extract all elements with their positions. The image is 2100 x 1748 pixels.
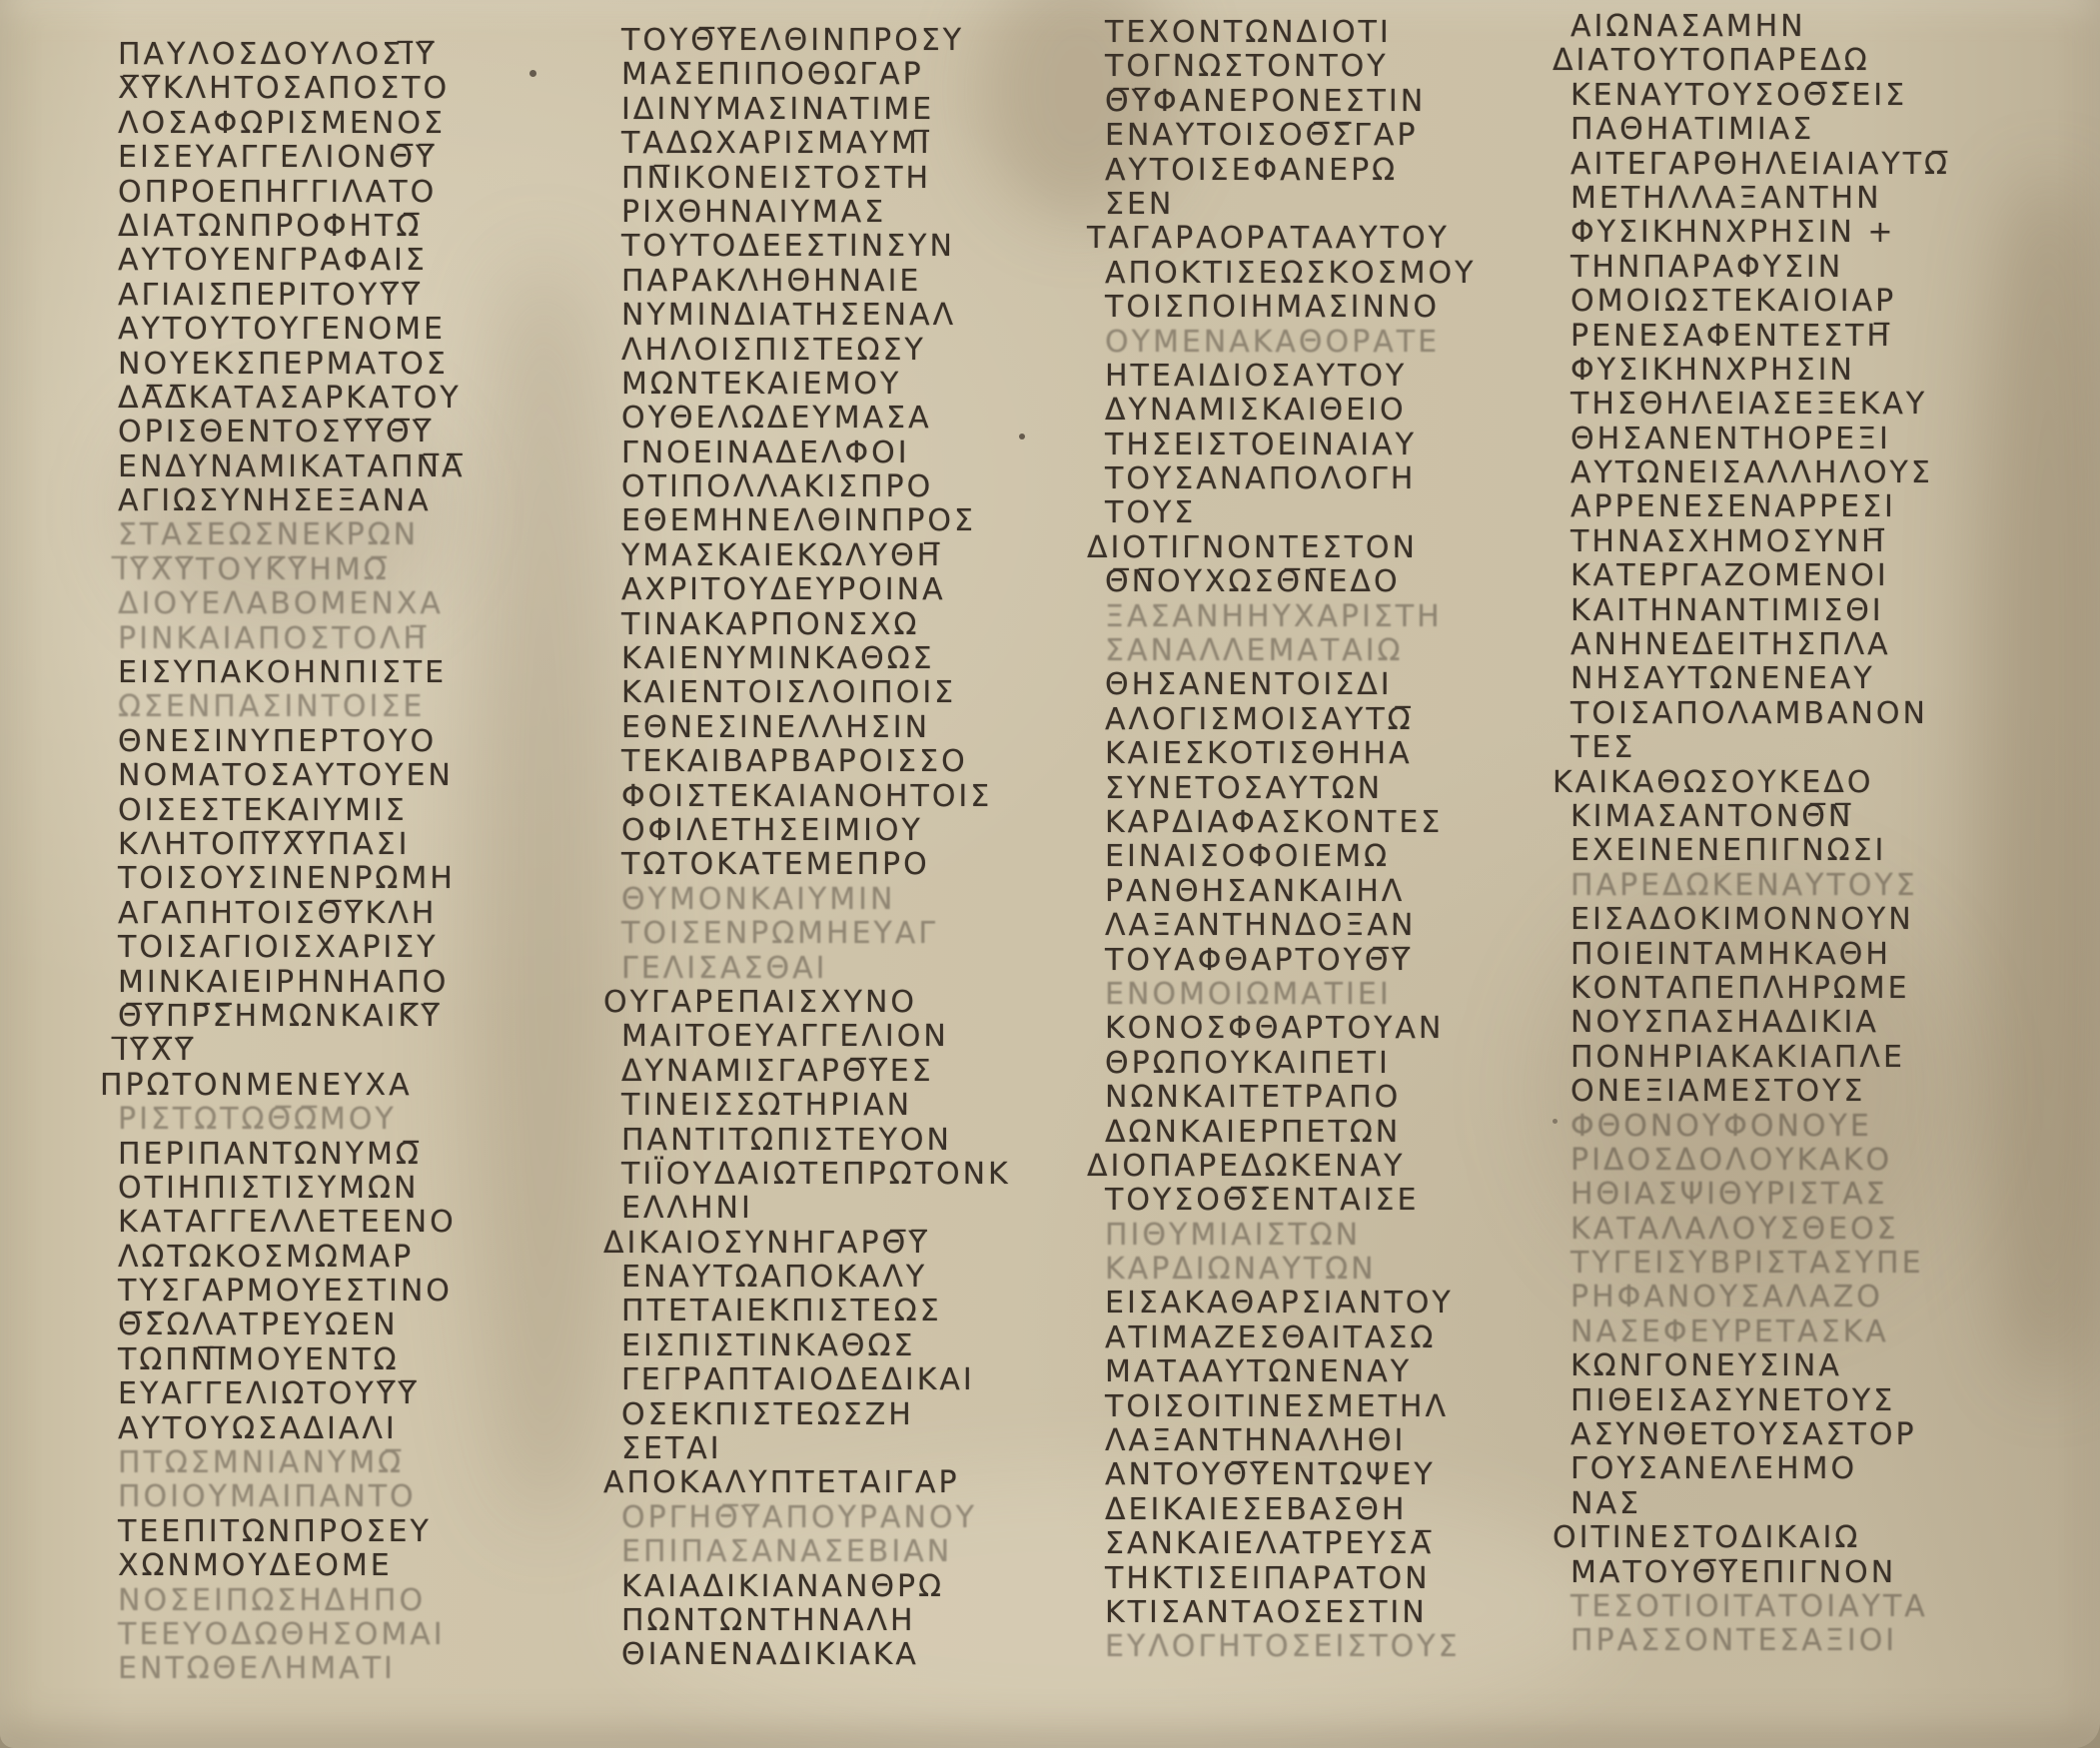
manuscript-line: ΠΑΘΗΑΤΙΜΙΑΣ: [1571, 113, 2040, 147]
text-column-1: ΠΑΥΛΟΣΔΟΥΛΟΣΙ̅Υ̅Χ̅Υ̅ΚΛΗΤΟΣΑΠΟΣΤΟΛΟΣΑΦΩΡΙ…: [118, 38, 587, 1687]
manuscript-line: ΕΙΣΑΚΑΘΑΡΣΙΑΝΤΟΥ: [1105, 1287, 1575, 1320]
manuscript-line: ΝΟΥΕΚΣΠΕΡΜΑΤΟΣ: [118, 348, 587, 382]
manuscript-line: ΟΥΘΕΛΩΔΕΥΜΑΣΑ: [621, 402, 1091, 436]
manuscript-line: ΜΑΤΑΑΥΤΩΝΕΝΑΥ: [1105, 1355, 1575, 1389]
manuscript-line: ΕΝΤΩΘΕΛΗΜΑΤΙ: [118, 1652, 587, 1686]
manuscript-line: ΛΟΣΑΦΩΡΙΣΜΕΝΟΣ: [118, 107, 587, 141]
manuscript-line: ΠΙΘΥΜΙΑΙΣΤΩΝ: [1105, 1219, 1575, 1253]
manuscript-line: ΟΜΟΙΩΣΤΕΚΑΙΟΙΑΡ: [1571, 285, 2040, 319]
manuscript-line: ΧΩΝΜΟΥΔΕΟΜΕ: [118, 1549, 587, 1583]
manuscript-line: ΠΙΘΕΙΣΑΣΥΝΕΤΟΥΣ: [1571, 1384, 2040, 1418]
manuscript-line: ΕΠΙΠΑΣΑΝΑΣΕΒΙΑΝ: [621, 1535, 1091, 1569]
manuscript-line: ΤΩΠΝ̅Ι̅ΜΟΥΕΝΤΩ: [118, 1343, 587, 1377]
manuscript-line: ΠΝ̅ΙΚΟΝΕΙΣΤΟΣΤΗ: [621, 162, 1091, 196]
manuscript-line: ΤΕΕΠΙΤΩΝΠΡΟΣΕΥ: [118, 1515, 587, 1549]
manuscript-line: ΡΙΝΚΑΙΑΠΟΣΤΟΛΗ̅: [118, 622, 587, 656]
manuscript-line: ΜΑΣΕΠΙΠΟΘΩΓΑΡ: [621, 58, 1091, 92]
manuscript-line: ΚΩΝΓΟΝΕΥΣΙΝΑ: [1571, 1349, 2040, 1383]
manuscript-line: ΑΠΟΚΤΙΣΕΩΣΚΟΣΜΟΥ: [1105, 257, 1575, 291]
manuscript-line: ΕΙΣΑΔΟΚΙΜΟΝΝΟΥΝ: [1571, 903, 2040, 937]
manuscript-line: ΤΟΙΣΑΓΙΟΙΣΧΑΡΙΣΥ: [118, 931, 587, 965]
manuscript-line: ΑΥΤΩΝΕΙΣΑΛΛΗΛΟΥΣ: [1571, 456, 2040, 490]
manuscript-line: ΟΠΡΟΕΠΗΓΓΙΛΑΤΟ: [118, 176, 587, 210]
manuscript-line: ΣΥΝΕΤΟΣΑΥΤΩΝ: [1105, 772, 1575, 806]
manuscript-line: ΑΣΥΝΘΕΤΟΥΣΑΣΤΟΡ: [1571, 1418, 2040, 1452]
manuscript-line: ΑΙΩΝΑΣΑΜΗΝ: [1571, 10, 2040, 44]
manuscript-line: ΑΛΟΓΙΣΜΟΙΣΑΥΤΩ̅: [1105, 703, 1575, 737]
manuscript-line: ΤΟΓΝΩΣΤΟΝΤΟΥ: [1105, 50, 1575, 84]
manuscript-line: ΝΟΜΑΤΟΣΑΥΤΟΥΕΝ: [118, 759, 587, 793]
manuscript-line: ΤΙΪΟΥΔΑΙΩΤΕΠΡΩΤΟΝΚ: [621, 1158, 1091, 1192]
manuscript-line: ΕΛΛΗΝΙ: [621, 1192, 1091, 1226]
manuscript-line: ΠΑΡΑΚΛΗΘΗΝΑΙΕ: [621, 265, 1091, 299]
manuscript-line: ΑΝΗΝΕΔΕΙΤΗΣΠΛΑ: [1571, 628, 2040, 662]
manuscript-line: ΜΑΙΤΟΕΥΑΓΓΕΛΙΟΝ: [621, 1020, 1091, 1054]
manuscript-line: ΤΟΙΣΟΙΤΙΝΕΣΜΕΤΗΛ: [1105, 1390, 1575, 1424]
manuscript-line: ΔΙΑΤΩΝΠΡΟΦΗΤΩ̅: [118, 210, 587, 244]
manuscript-line: ΣΑΝΑΛΛΕΜΑΤΑΙΩ: [1105, 634, 1575, 668]
manuscript-line: ΕΙΣΠΙΣΤΙΝΚΑΘΩΣ: [621, 1329, 1091, 1363]
manuscript-line: ΔΥΝΑΜΙΣΓΑΡΘ̅Υ̅ΕΣ: [621, 1055, 1091, 1089]
manuscript-line: ΚΑΡΔΙΑΦΑΣΚΟΝΤΕΣ: [1105, 806, 1575, 840]
manuscript-line: ΝΥΜΙΝΔΙΑΤΗΣΕΝΑΛ: [621, 299, 1091, 333]
manuscript-line: ΕΥΛΟΓΗΤΟΣΕΙΣΤΟΥΣ: [1105, 1630, 1575, 1664]
manuscript-line: ΣΕΤΑΙ: [621, 1432, 1091, 1466]
manuscript-line: ΙΔΙΝΥΜΑΣΙΝΑΤΙΜΕ: [621, 93, 1091, 127]
manuscript-line: ΟΤΙΗΠΙΣΤΙΣΥΜΩΝ: [118, 1172, 587, 1206]
manuscript-line: ΛΑΞΑΝΤΗΝΑΛΗΘΙ: [1105, 1424, 1575, 1458]
manuscript-line: ΑΥΤΟΥΤΟΥΓΕΝΟΜΕ: [118, 313, 587, 347]
manuscript-line: ΗΤΕΑΙΔΙΟΣΑΥΤΟΥ: [1105, 360, 1575, 394]
manuscript-line: ΔΑ̅Δ̅ΚΑΤΑΣΑΡΚΑΤΟΥ: [118, 382, 587, 416]
manuscript-line: ΡΙΧΘΗΝΑΙΥΜΑΣ: [621, 196, 1091, 230]
manuscript-line: ΔΙΑΤΟΥΤΟΠΑΡΕΔΩ: [1553, 44, 2040, 78]
manuscript-line: ΠΟΝΗΡΙΑΚΑΚΙΑΠΛΕ: [1571, 1041, 2040, 1075]
manuscript-line: ΕΘΕΜΗΝΕΛΘΙΝΠΡΟΣ: [621, 504, 1091, 538]
manuscript-line: ΕΙΣΕΥΑΓΓΕΛΙΟΝΘ̅Υ̅: [118, 141, 587, 175]
manuscript-line: Χ̅Υ̅ΚΛΗΤΟΣΑΠΟΣΤΟ: [118, 72, 587, 106]
manuscript-line: ΝΩΝΚΑΙΤΕΤΡΑΠΟ: [1105, 1081, 1575, 1115]
manuscript-line: ΞΑΣΑΝΗΗΥΧΑΡΙΣΤΗ: [1105, 600, 1575, 634]
manuscript-line: ΤΟΥΤΟΔΕΕΣΤΙΝΣΥΝ: [621, 230, 1091, 264]
manuscript-line: ΤΟΙΣΠΟΙΗΜΑΣΙΝΝΟ: [1105, 291, 1575, 325]
manuscript-line: Θ̅Υ̅ΠΡ̅Σ̅ΗΜΩΝΚΑΙΚ̅Υ̅: [118, 1000, 587, 1034]
manuscript-line: ΠΤΕΤΑΙΕΚΠΙΣΤΕΩΣ: [621, 1295, 1091, 1328]
manuscript-line: ΛΩΤΩΚΟΣΜΩΜΑΡ: [118, 1241, 587, 1275]
manuscript-line: ΚΤΙΣΑΝΤΑΟΣΕΣΤΙΝ: [1105, 1596, 1575, 1630]
manuscript-line: ΜΕΤΗΛΛΑΞΑΝΤΗΝ: [1571, 182, 2040, 216]
manuscript-line: ΤΕΣΟΤΙΟΙΤΑΤΟΙΑΥΤΑ: [1571, 1590, 2040, 1624]
manuscript-line: ΕΝΑΥΤΟΙΣΟΘ̅Σ̅ΓΑΡ: [1105, 119, 1575, 153]
manuscript-line: ΦΟΙΣΤΕΚΑΙΑΝΟΗΤΟΙΣ: [621, 780, 1091, 814]
manuscript-line: ΠΡΑΣΣΟΝΤΕΣΑΞΙΟΙ: [1571, 1624, 2040, 1658]
manuscript-line: ΜΑΤΟΥΘ̅Υ̅ΕΠΙΓΝΟΝ: [1571, 1556, 2040, 1590]
manuscript-line: ΠΕΡΙΠΑΝΤΩΝΥΜΩ̅: [118, 1138, 587, 1172]
manuscript-line: ΤΟΥΣΟΘ̅Σ̅ΕΝΤΑΙΣΕ: [1105, 1184, 1575, 1218]
manuscript-page: ΠΑΥΛΟΣΔΟΥΛΟΣΙ̅Υ̅Χ̅Υ̅ΚΛΗΤΟΣΑΠΟΣΤΟΛΟΣΑΦΩΡΙ…: [0, 0, 2100, 1748]
manuscript-line: ΝΟΣΕΙΠΩΣΗΔΗΠΟ: [118, 1584, 587, 1618]
manuscript-line: ΤΗΣΕΙΣΤΟΕΙΝΑΙΑΥ: [1105, 429, 1575, 462]
manuscript-line: ΑΧΡΙΤΟΥΔΕΥΡΟΙΝΑ: [621, 573, 1091, 607]
manuscript-line: ΛΗΛΟΙΣΠΙΣΤΕΩΣΥ: [621, 334, 1091, 368]
manuscript-line: ΣΕΝ: [1105, 188, 1575, 222]
manuscript-line: ΤΕΣ: [1571, 731, 2040, 765]
manuscript-line: ΔΙΟΥΕΛΑΒΟΜΕΝΧΑ: [118, 587, 587, 621]
manuscript-line: ΤΑΓΑΡΑΟΡΑΤΑΑΥΤΟΥ: [1087, 222, 1575, 256]
manuscript-line: ΑΠΟΚΑΛΥΠΤΕΤΑΙΓΑΡ: [603, 1466, 1091, 1500]
manuscript-line: ΤΑΔΩΧΑΡΙΣΜΑΥΜΙ̅: [621, 127, 1091, 161]
manuscript-line: ΤΗΝΑΣΧΗΜΟΣΥΝΗ̅: [1571, 525, 2040, 559]
manuscript-line: ΑΡΡΕΝΕΣΕΝΑΡΡΕΣΙ: [1571, 490, 2040, 524]
manuscript-line: ΟΙΤΙΝΕΣΤΟΔΙΚΑΙΩ: [1553, 1521, 2040, 1555]
manuscript-line: ΡΗΦΑΝΟΥΣΑΛΑΖΟ: [1571, 1281, 2040, 1314]
manuscript-line: ΑΙΤΕΓΑΡΘΗΛΕΙΑΙΑΥΤΩ̅: [1571, 148, 2040, 182]
manuscript-line: ΤΗΣΘΗΛΕΙΑΣΕΞΕΚΑΥ: [1571, 388, 2040, 422]
manuscript-line: Θ̅Ν̅ΟΥΧΩΣΘ̅Ν̅ΕΔΟ: [1105, 565, 1575, 599]
manuscript-line: ΚΑΙΤΗΝΑΝΤΙΜΙΣΘΙ: [1571, 594, 2040, 628]
manuscript-line: Ι̅Υ̅Χ̅Υ̅ΤΟΥΚ̅Υ̅ΗΜΩ̅: [118, 553, 587, 587]
manuscript-line: ΑΓΙΑΙΣΠΕΡΙΤΟΥΥ̅Υ̅: [118, 279, 587, 313]
manuscript-line: ΡΕΝΕΣΑΦΕΝΤΕΣΤΗ̅: [1571, 320, 2040, 354]
manuscript-line: ΘΙΑΝΕΝΑΔΙΚΙΑΚΑ: [621, 1638, 1091, 1672]
manuscript-line: ΔΙΟΤΙΓΝΟΝΤΕΣΤΟΝ: [1087, 531, 1575, 565]
manuscript-line: ΕΝΟΜΟΙΩΜΑΤΙΕΙ: [1105, 978, 1575, 1012]
manuscript-line: ΤΕΧΟΝΤΩΝΔΙΟΤΙ: [1105, 16, 1575, 50]
manuscript-line: ΔΩΝΚΑΙΕΡΠΕΤΩΝ: [1105, 1116, 1575, 1150]
manuscript-line: ΠΑΝΤΙΤΩΠΙΣΤΕΥΟΝ: [621, 1124, 1091, 1158]
manuscript-line: ΟΡΓΗΘ̅Υ̅ΑΠΟΥΡΑΝΟΥ: [621, 1501, 1091, 1535]
manuscript-line: ΕΝΔΥΝΑΜΙΚΑΤΑΠΝ̅Α̅: [118, 450, 587, 484]
manuscript-line: ΟΙΣΕΣΤΕΚΑΙΥΜΙΣ: [118, 794, 587, 828]
manuscript-line: ΤΟΙΣΟΥΣΙΝΕΝΡΩΜΗ: [118, 862, 587, 896]
manuscript-line: ΣΤΑΣΕΩΣΝΕΚΡΩΝ: [118, 518, 587, 552]
manuscript-line: ΘΝΕΣΙΝΥΠΕΡΤΟΥΟ: [118, 725, 587, 759]
manuscript-line: ΘΥΜΟΝΚΑΙΥΜΙΝ: [621, 883, 1091, 917]
manuscript-line: ΚΙΜΑΣΑΝΤΟΝΘ̅Ν̅: [1571, 800, 2040, 834]
manuscript-line: ΓΕΛΙΣΑΣΘΑΙ: [621, 952, 1091, 986]
manuscript-line: ΚΟΝΤΑΠΕΠΛΗΡΩΜΕ: [1571, 972, 2040, 1006]
manuscript-line: ΓΟΥΣΑΝΕΛΕΗΜΟ: [1571, 1452, 2040, 1486]
manuscript-line: ΓΝΟΕΙΝΑΔΕΛΦΟΙ: [621, 437, 1091, 470]
manuscript-line: ΤΗΚΤΙΣΕΙΠΑΡΑΤΟΝ: [1105, 1562, 1575, 1596]
manuscript-line: ΕΧΕΙΝΕΝΕΠΙΓΝΩΣΙ: [1571, 834, 2040, 868]
manuscript-line: Θ̅Υ̅ΦΑΝΕΡΟΝΕΣΤΙΝ: [1105, 85, 1575, 119]
manuscript-line: ΜΩΝΤΕΚΑΙΕΜΟΥ: [621, 368, 1091, 402]
manuscript-line: ΝΑΣΕΦΕΥΡΕΤΑΣΚΑ: [1571, 1315, 2040, 1349]
manuscript-line: ΥΜΑΣΚΑΙΕΚΩΛΥΘΗ̅: [621, 539, 1091, 573]
manuscript-line: ΘΗΣΑΝΕΝΤΟΙΣΔΙ: [1105, 668, 1575, 702]
manuscript-line: ΕΝΑΥΤΩΑΠΟΚΑΛΥ: [621, 1261, 1091, 1295]
manuscript-line: ΟΝΕΞΙΑΜΕΣΤΟΥΣ: [1571, 1075, 2040, 1109]
manuscript-line: ΩΣΕΝΠΑΣΙΝΤΟΙΣΕ: [118, 690, 587, 724]
manuscript-line: ΠΤΩΣΜΝΙΑΝΥΜΩ̅: [118, 1446, 587, 1480]
manuscript-line: ΘΡΩΠΟΥΚΑΙΠΕΤΙ: [1105, 1047, 1575, 1081]
manuscript-line: ΑΝΤΟΥΘ̅Υ̅ΕΝΤΩΨΕΥ: [1105, 1458, 1575, 1492]
manuscript-line: ΚΑΙΕΣΚΟΤΙΣΘΗΗΑ: [1105, 737, 1575, 771]
manuscript-line: ΡΙΣΤΩΤΩΘ̅Ω̅ΜΟΥ: [118, 1103, 587, 1137]
manuscript-line: ΠΩΝΤΩΝΤΗΝΑΛΗ: [621, 1604, 1091, 1638]
manuscript-line: ΚΕΝΑΥΤΟΥΣΟΘ̅Σ̅ΕΙΣ: [1571, 79, 2040, 113]
manuscript-line: ΘΗΣΑΝΕΝΤΗΟΡΕΞΙ: [1571, 423, 2040, 456]
manuscript-line: ΤΕΕΥΟΔΩΘΗΣΟΜΑΙ: [118, 1618, 587, 1652]
manuscript-line: ΠΑΡΕΔΩΚΕΝΑΥΤΟΥΣ: [1571, 869, 2040, 903]
manuscript-line: ΕΙΣΥΠΑΚΟΗΝΠΙΣΤΕ: [118, 656, 587, 690]
manuscript-line: ΜΙΝΚΑΙΕΙΡΗΝΗΑΠΟ: [118, 966, 587, 1000]
manuscript-line: ΠΟΙΕΙΝΤΑΜΗΚΑΘΗ: [1571, 938, 2040, 972]
manuscript-line: ΤΥΓΕΙΣΥΒΡΙΣΤΑΣΥΠΕ: [1571, 1247, 2040, 1281]
manuscript-line: ΤΕΚΑΙΒΑΡΒΑΡΟΙΣΣΟ: [621, 745, 1091, 779]
manuscript-line: ΛΑΞΑΝΤΗΝΔΟΞΑΝ: [1105, 909, 1575, 943]
manuscript-line: ΔΙΚΑΙΟΣΥΝΗΓΑΡΘ̅Υ̅: [603, 1227, 1091, 1261]
manuscript-line: ΡΑΝΘΗΣΑΝΚΑΙΗΛ: [1105, 875, 1575, 909]
manuscript-line: Θ̅Σ̅ΩΛΑΤΡΕΥΩΕΝ: [118, 1309, 587, 1342]
text-column-4: ΑΙΩΝΑΣΑΜΗΝΔΙΑΤΟΥΤΟΠΑΡΕΔΩΚΕΝΑΥΤΟΥΣΟΘ̅Σ̅ΕΙ…: [1571, 10, 2040, 1659]
manuscript-line: ΚΟΝΟΣΦΘΑΡΤΟΥΑΝ: [1105, 1012, 1575, 1046]
manuscript-line: ΚΑΤΑΛΑΛΟΥΣΘΕΟΣ: [1571, 1213, 2040, 1247]
manuscript-line: ΦΘΟΝΟΥΦΟΝΟΥΕ: [1571, 1110, 2040, 1144]
manuscript-line: ΕΘΝΕΣΙΝΕΛΛΗΣΙΝ: [621, 711, 1091, 745]
manuscript-line: ΟΦΙΛΕΤΗΣΕΙΜΙΟΥ: [621, 814, 1091, 848]
manuscript-line: ΟΥΜΕΝΑΚΑΘΟΡΑΤΕ: [1105, 326, 1575, 360]
manuscript-line: ΓΕΓΡΑΠΤΑΙΟΔΕΔΙΚΑΙ: [621, 1363, 1091, 1397]
manuscript-line: ΤΙΝΑΚΑΡΠΟΝΣΧΩ: [621, 608, 1091, 642]
manuscript-line: ΗΘΙΑΣΨΙΘΥΡΙΣΤΑΣ: [1571, 1178, 2040, 1212]
manuscript-line: ΤΟΥΣ: [1105, 496, 1575, 530]
text-column-3: ΤΕΧΟΝΤΩΝΔΙΟΤΙΤΟΓΝΩΣΤΟΝΤΟΥΘ̅Υ̅ΦΑΝΕΡΟΝΕΣΤΙ…: [1105, 16, 1575, 1665]
manuscript-line: ΕΥΑΓΓΕΛΙΩΤΟΥΥ̅Υ̅: [118, 1377, 587, 1411]
manuscript-line: ΚΑΙΕΝΤΟΙΣΛΟΙΠΟΙΣ: [621, 676, 1091, 710]
manuscript-line: ΤΟΙΣΕΝΡΩΜΗΕΥΑΓ: [621, 917, 1091, 951]
manuscript-line: ΑΓΑΠΗΤΟΙΣΘ̅Υ̅ΚΛΗ: [118, 897, 587, 931]
manuscript-line: ΟΣΕΚΠΙΣΤΕΩΣΖΗ: [621, 1398, 1091, 1432]
manuscript-line: ΤΙΝΕΙΣΣΩΤΗΡΙΑΝ: [621, 1089, 1091, 1123]
manuscript-line: ΠΡΩΤΟΝΜΕΝΕΥΧΑ: [100, 1069, 587, 1103]
manuscript-line: ΚΛΗΤΟΙΙ̅Υ̅Χ̅Υ̅ΠΑΣΙ: [118, 828, 587, 862]
manuscript-line: ΚΑΙΚΑΘΩΣΟΥΚΕΔΟ: [1553, 766, 2040, 800]
manuscript-line: ΤΟΥΣΑΝΑΠΟΛΟΓΗ: [1105, 462, 1575, 496]
manuscript-line: ΚΑΡΔΙΩΝΑΥΤΩΝ: [1105, 1253, 1575, 1287]
manuscript-line: ΟΡΙΣΘΕΝΤΟΣΥ̅Υ̅Θ̅Υ̅: [118, 416, 587, 449]
manuscript-line: ΑΓΙΩΣΥΝΗΣΕΞΑΝΑ: [118, 484, 587, 518]
manuscript-line: Ι̅Υ̅Χ̅Υ̅: [118, 1034, 587, 1068]
manuscript-line: ΟΤΙΠΟΛΛΑΚΙΣΠΡΟ: [621, 470, 1091, 504]
manuscript-line: ΟΥΓΑΡΕΠΑΙΣΧΥΝΟ: [603, 986, 1091, 1020]
manuscript-line: ΤΟΥΘ̅Υ̅ΕΛΘΙΝΠΡΟΣΥ: [621, 24, 1091, 58]
manuscript-line: ΑΥΤΟΥΩΣΑΔΙΑΛΙ: [118, 1412, 587, 1446]
manuscript-line: ΑΥΤΟΙΣΕΦΑΝΕΡΩ: [1105, 154, 1575, 188]
manuscript-line: ΝΑΣ: [1571, 1487, 2040, 1521]
manuscript-line: ΤΥΣΓΑΡΜΟΥΕΣΤΙΝΟ: [118, 1275, 587, 1309]
manuscript-line: ΚΑΤΕΡΓΑΖΟΜΕΝΟΙ: [1571, 559, 2040, 593]
manuscript-line: ΚΑΙΕΝΥΜΙΝΚΑΘΩΣ: [621, 642, 1091, 676]
manuscript-line: ΚΑΤΑΓΓΕΛΛΕΤΕΕΝΟ: [118, 1206, 587, 1240]
text-column-2: ΤΟΥΘ̅Υ̅ΕΛΘΙΝΠΡΟΣΥΜΑΣΕΠΙΠΟΘΩΓΑΡΙΔΙΝΥΜΑΣΙΝ…: [621, 24, 1091, 1673]
manuscript-line: ΔΕΙΚΑΙΕΣΕΒΑΣΘΗ: [1105, 1493, 1575, 1527]
manuscript-line: ΠΟΙΟΥΜΑΙΠΑΝΤΟ: [118, 1480, 587, 1514]
manuscript-line: ΝΗΣΑΥΤΩΝΕΝΕΑΥ: [1571, 662, 2040, 696]
manuscript-line: ΚΑΙΑΔΙΚΙΑΝΑΝΘΡΩ: [621, 1570, 1091, 1604]
manuscript-line: ΑΤΙΜΑΖΕΣΘΑΙΤΑΣΩ: [1105, 1321, 1575, 1355]
manuscript-line: ΕΙΝΑΙΣΟΦΟΙΕΜΩ: [1105, 840, 1575, 874]
manuscript-line: ΑΥΤΟΥΕΝΓΡΑΦΑΙΣ: [118, 244, 587, 278]
manuscript-line: ΠΑΥΛΟΣΔΟΥΛΟΣΙ̅Υ̅: [118, 38, 587, 72]
manuscript-line: ΤΟΥΑΦΘΑΡΤΟΥΘ̅Υ̅: [1105, 944, 1575, 978]
manuscript-line: ΝΟΥΣΠΑΣΗΑΔΙΚΙΑ: [1571, 1006, 2040, 1040]
manuscript-line: ΦΥΣΙΚΗΝΧΡΗΣΙΝ +: [1571, 216, 2040, 250]
manuscript-line: ΤΗΝΠΑΡΑΦΥΣΙΝ: [1571, 251, 2040, 285]
manuscript-line: ΣΑΝΚΑΙΕΛΑΤΡΕΥΣΑ̅: [1105, 1527, 1575, 1561]
manuscript-line: ΔΥΝΑΜΙΣΚΑΙΘΕΙΟ: [1105, 394, 1575, 428]
manuscript-line: ΤΩΤΟΚΑΤΕΜΕΠΡΟ: [621, 848, 1091, 882]
manuscript-line: ΔΙΟΠΑΡΕΔΩΚΕΝΑΥ: [1087, 1150, 1575, 1184]
manuscript-line: ΦΥΣΙΚΗΝΧΡΗΣΙΝ: [1571, 354, 2040, 388]
manuscript-line: ΤΟΙΣΑΠΟΛΑΜΒΑΝΟΝ: [1571, 697, 2040, 731]
manuscript-line: ΡΙΔΟΣΔΟΛΟΥΚΑΚΟ: [1571, 1144, 2040, 1178]
